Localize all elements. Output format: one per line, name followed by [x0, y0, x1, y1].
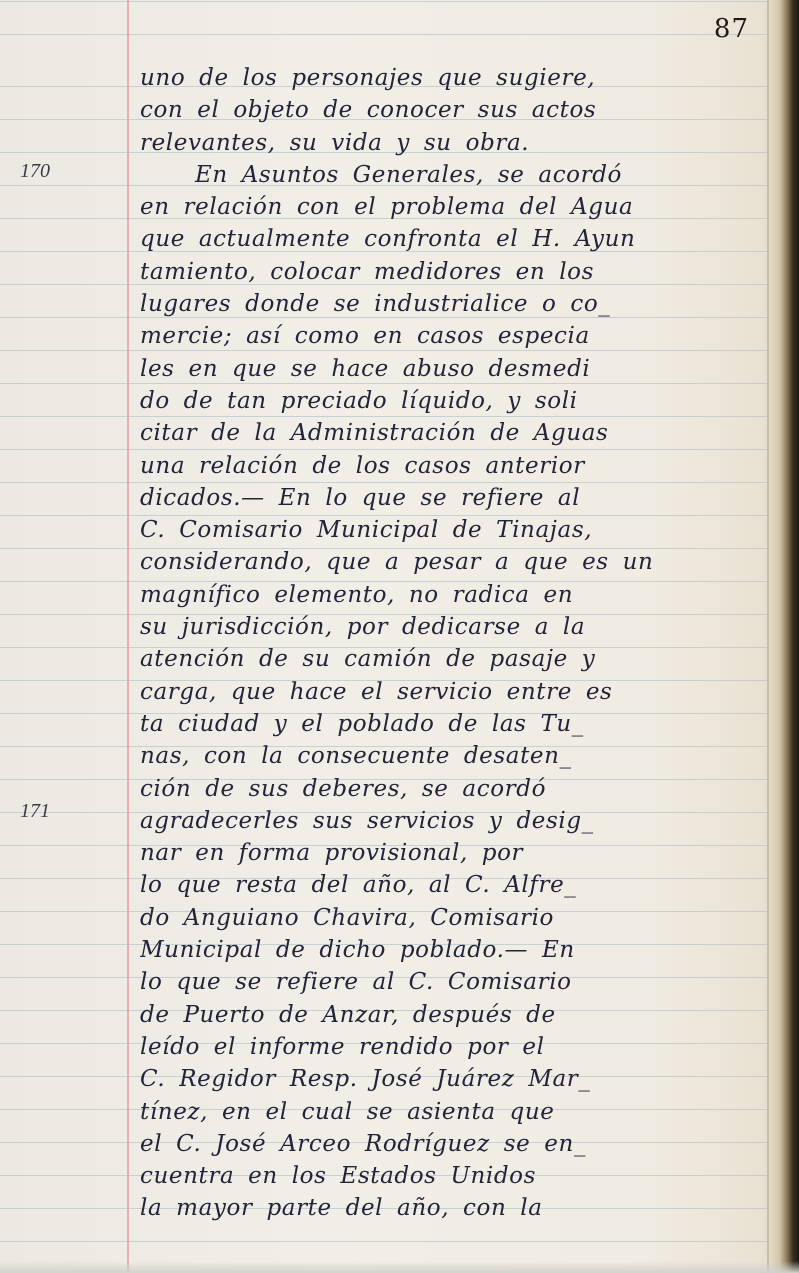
text-line: mercie; así como en casos especia — [140, 320, 765, 352]
red-margin-line — [127, 0, 129, 1273]
text-line: de Puerto de Anzar, después de — [140, 999, 765, 1031]
text-line: tínez, en el cual se asienta que — [140, 1096, 765, 1128]
text-line: carga, que hace el servicio entre es — [140, 676, 765, 708]
text-line: que actualmente confronta el H. Ayun — [140, 223, 765, 255]
text-line: lo que se refiere al C. Comisario — [140, 966, 765, 998]
text-line: lugares donde se industrialice o co_ — [140, 288, 765, 320]
text-line: magnífico elemento, no radica en — [140, 579, 765, 611]
text-line: la mayor parte del año, con la — [140, 1192, 765, 1224]
page-bottom-shadow — [0, 1261, 799, 1273]
page-number: 87 — [714, 14, 749, 44]
text-line: C. Regidor Resp. José Juárez Mar_ — [140, 1063, 765, 1095]
text-line: relevantes, su vida y su obra. — [140, 127, 765, 159]
text-line: lo que resta del año, al C. Alfre_ — [140, 869, 765, 901]
book-binding-edge — [769, 0, 799, 1273]
text-line: leído el informe rendido por el — [140, 1031, 765, 1063]
handwritten-body-text: uno de los personajes que sugiere, con e… — [140, 62, 765, 1225]
text-line: cuentra en los Estados Unidos — [140, 1160, 765, 1192]
text-line: ta ciudad y el poblado de las Tu_ — [140, 708, 765, 740]
text-line: agradecerles sus servicios y desig_ — [140, 805, 765, 837]
text-line: su jurisdicción, por dedicarse a la — [140, 611, 765, 643]
text-line: nas, con la consecuente desaten_ — [140, 740, 765, 772]
text-line: una relación de los casos anterior — [140, 450, 765, 482]
text-line: do Anguiano Chavira, Comisario — [140, 902, 765, 934]
text-line: en relación con el problema del Agua — [140, 191, 765, 223]
text-line: considerando, que a pesar a que es un — [140, 546, 765, 578]
text-line: C. Comisario Municipal de Tinajas, — [140, 514, 765, 546]
text-line-paragraph-start: En Asuntos Generales, se acordó — [140, 159, 765, 191]
text-line: Municipal de dicho poblado.— En — [140, 934, 765, 966]
text-line: dicados.— En lo que se refiere al — [140, 482, 765, 514]
text-line: atención de su camión de pasaje y — [140, 643, 765, 675]
text-line: uno de los personajes que sugiere, — [140, 62, 765, 94]
text-line: les en que se hace abuso desmedi — [140, 353, 765, 385]
text-line: ción de sus deberes, se acordó — [140, 773, 765, 805]
text-line: citar de la Administración de Aguas — [140, 417, 765, 449]
text-line: tamiento, colocar medidores en los — [140, 256, 765, 288]
text-line: con el objeto de conocer sus actos — [140, 94, 765, 126]
margin-note-entry-170: 170 — [20, 160, 50, 183]
ledger-page: 87 170 171 uno de los personajes que sug… — [0, 0, 799, 1273]
text-line: nar en forma provisional, por — [140, 837, 765, 869]
text-line: do de tan preciado líquido, y soli — [140, 385, 765, 417]
text-line: el C. José Arceo Rodríguez se en_ — [140, 1128, 765, 1160]
margin-note-entry-171: 171 — [20, 800, 50, 823]
